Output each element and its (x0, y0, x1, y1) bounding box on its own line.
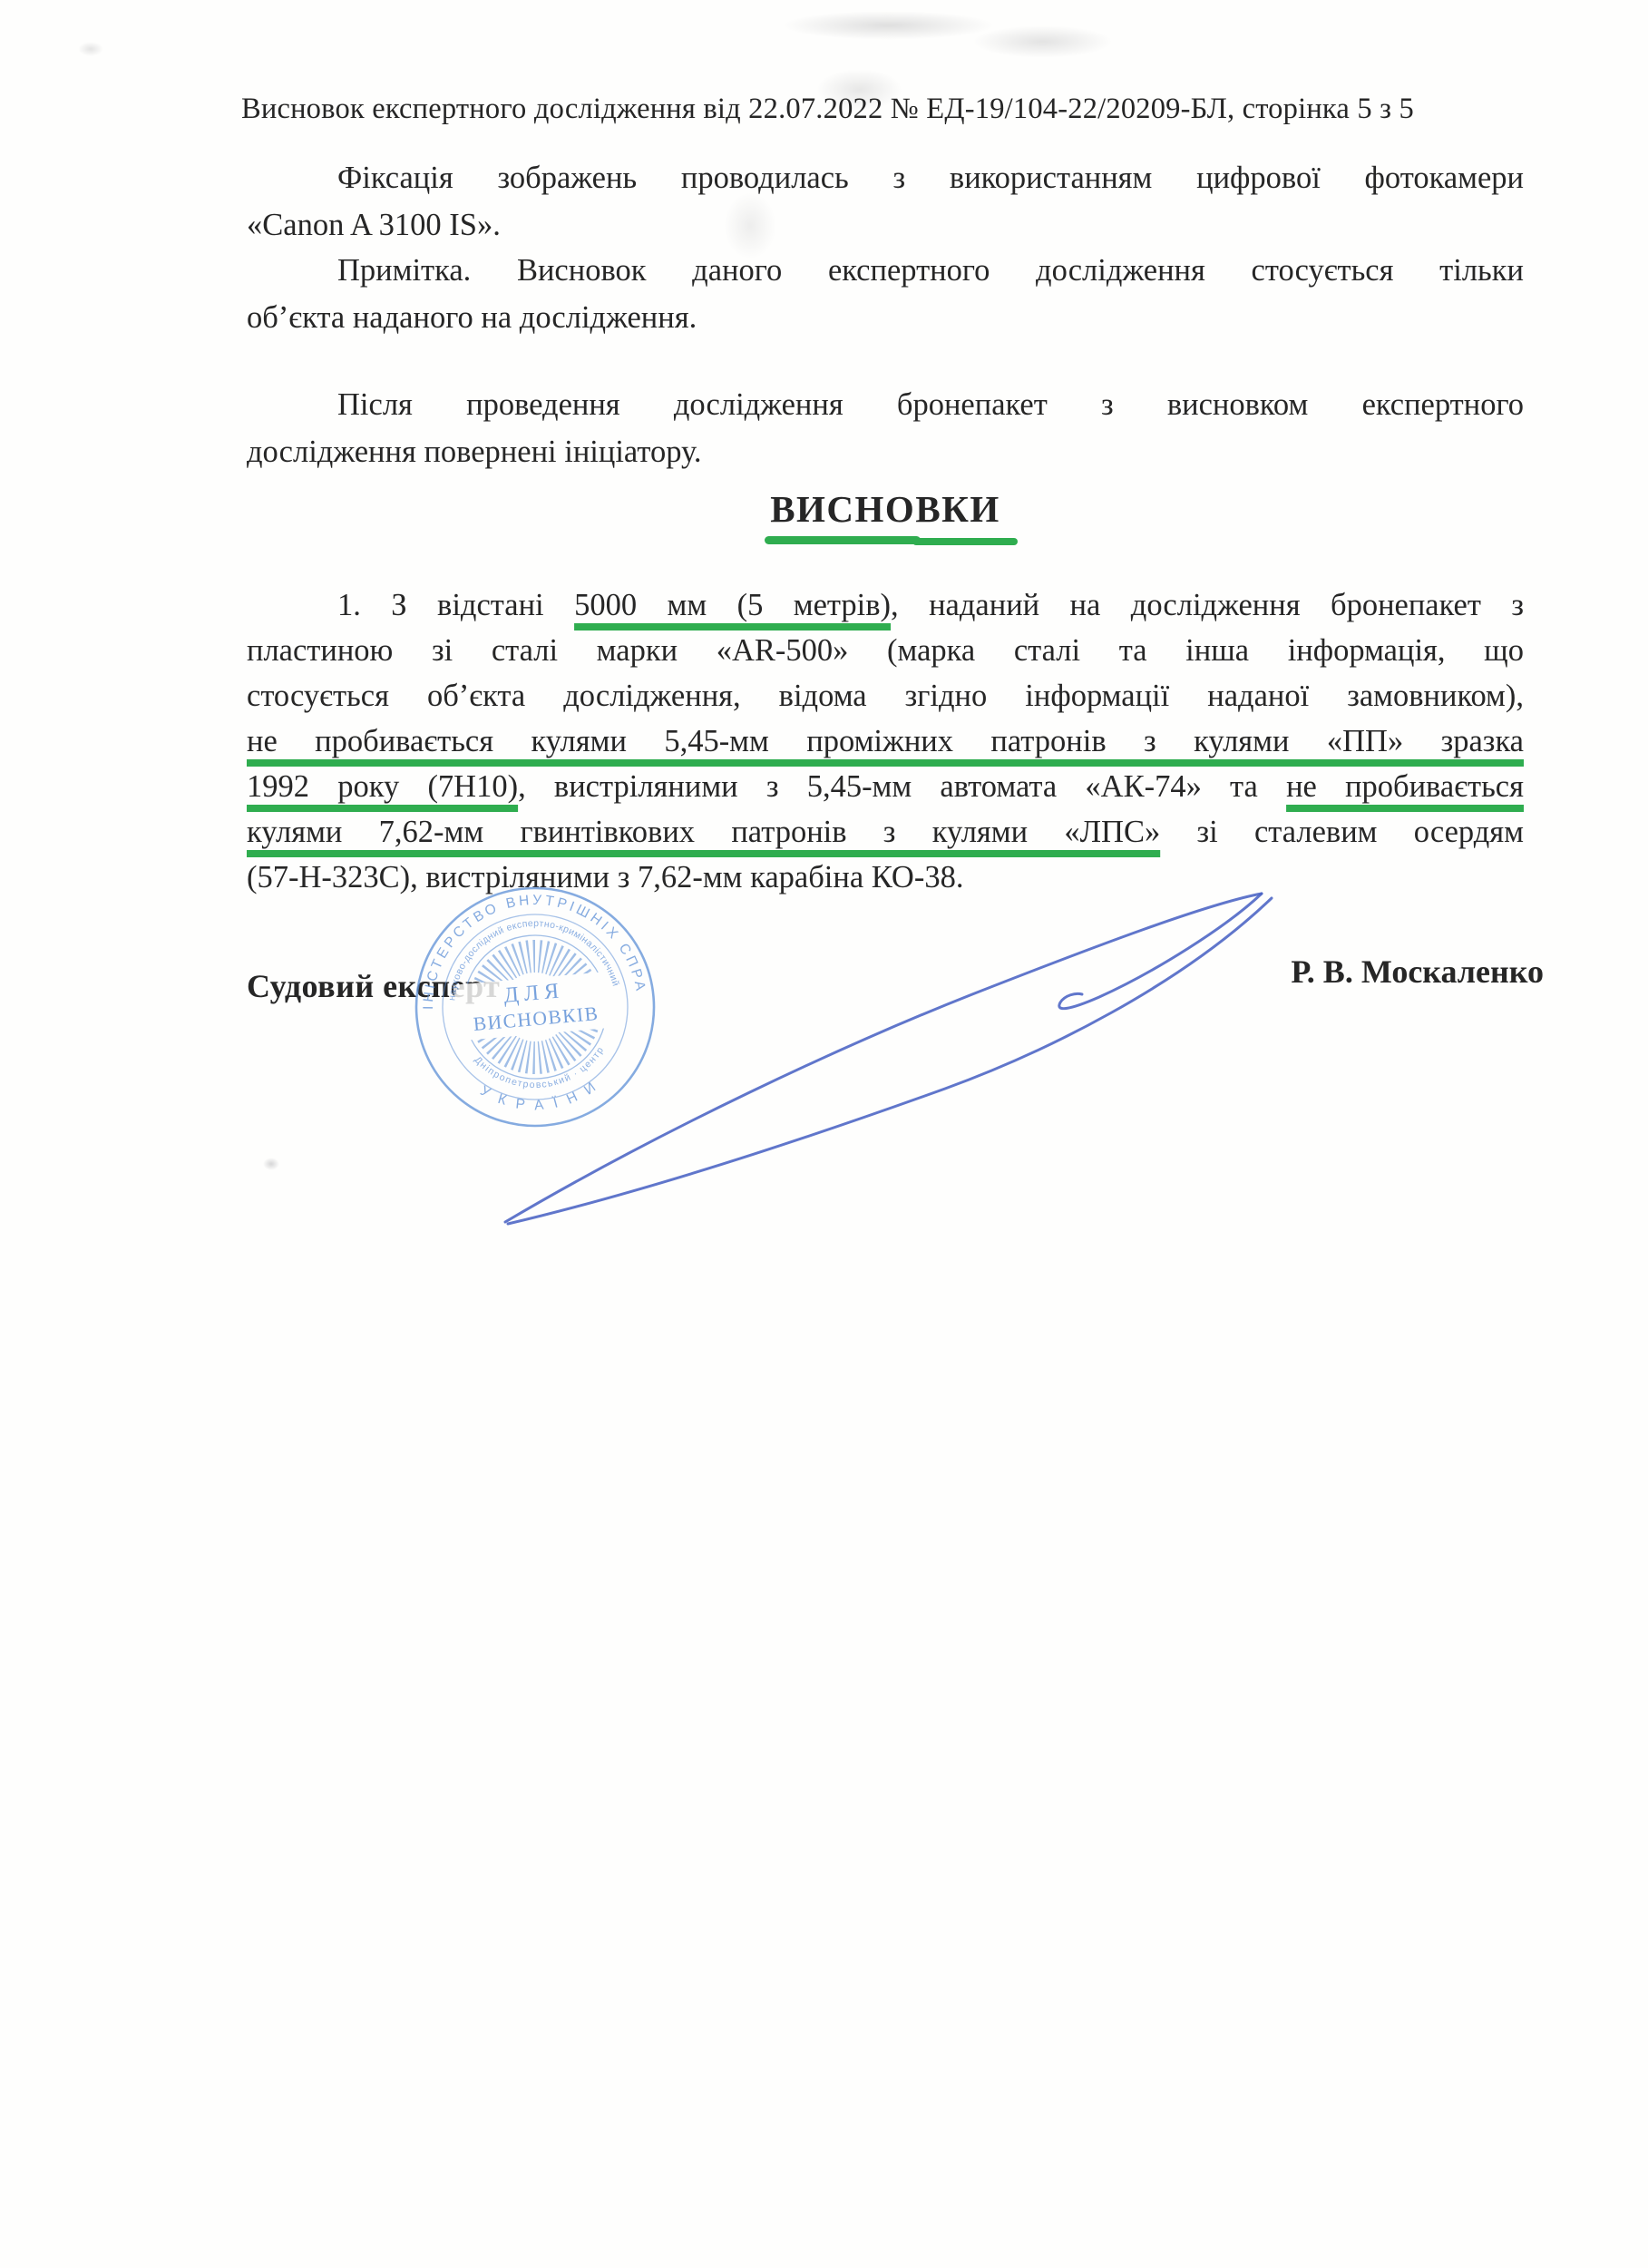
heading-marker-underline (912, 538, 1018, 545)
marker-underlined-text: 1992 року (7Н10) (247, 769, 518, 804)
document-page: Висновок експертного дослідження від 22.… (0, 0, 1648, 2268)
text-line: об’єкта наданого на дослідження. (247, 294, 1524, 341)
text-line: не пробивається кулями 5,45-мм проміжних… (247, 719, 1524, 764)
text-line: Після проведення дослідження бронепакет … (247, 381, 1524, 428)
text-line: Фіксація зображень проводилась з викорис… (247, 154, 1524, 201)
text-segment: «Canon A 3100 IS». (247, 208, 501, 242)
text-line: «Canon A 3100 IS». (247, 201, 1524, 249)
expert-name: Р. В. Москаленко (1170, 953, 1544, 991)
paragraph-return: Після проведення дослідження бронепакет … (247, 381, 1524, 475)
text-segment: стосується об’єкта дослідження, відома з… (247, 679, 1524, 713)
text-segment: об’єкта наданого на дослідження. (247, 300, 697, 335)
scan-smudge (782, 11, 995, 40)
text-line: 1. З відстані 5000 мм (5 метрів), надани… (247, 582, 1524, 628)
text-segment: пластиною зі сталі марки «AR-500» (марка… (247, 633, 1524, 668)
text-segment: дослідження повернені ініціатору. (247, 435, 701, 469)
text-line: 1992 року (7Н10), вистріляними з 5,45-мм… (247, 764, 1524, 809)
text-segment: , вистріляними з 5,45-мм автомата «АК-74… (518, 769, 1286, 804)
section-heading-conclusions: ВИСНОВКИ (247, 486, 1524, 532)
text-segment: Примітка. Висновок даного експертного до… (337, 253, 1524, 288)
text-segment: , наданий на дослідження бронепакет з (891, 588, 1524, 622)
text-line: дослідження повернені ініціатору. (247, 428, 1524, 475)
paragraph-note: Примітка. Висновок даного експертного до… (247, 247, 1524, 341)
official-round-stamp-icon: МІНІСТЕРСТВО ВНУТРІШНІХ СПРАВ УКРАЇНИ на… (406, 878, 664, 1136)
marker-underlined-text: 5000 мм (5 метрів) (574, 588, 891, 622)
text-segment: Після проведення дослідження бронепакет … (337, 387, 1524, 422)
marker-underlined-text: не пробивається (1286, 769, 1524, 804)
text-segment: Фіксація зображень проводилась з викорис… (337, 161, 1524, 195)
heading-marker-underline (765, 536, 921, 544)
text-line: кулями 7,62-мм гвинтівкових патронів з к… (247, 809, 1524, 855)
scan-smudge (78, 42, 103, 56)
marker-underlined-text: не пробивається кулями 5,45-мм проміжних… (247, 724, 1524, 758)
text-segment: 1. З відстані (337, 588, 574, 622)
scan-smudge (972, 25, 1113, 58)
paragraph-fixation: Фіксація зображень проводилась з викорис… (247, 154, 1524, 249)
marker-underlined-text: кулями 7,62-мм гвинтівкових патронів з к… (247, 815, 1160, 849)
text-line: стосується об’єкта дослідження, відома з… (247, 673, 1524, 719)
paragraph-conclusion: 1. З відстані 5000 мм (5 метрів), надани… (247, 582, 1524, 900)
text-line: Примітка. Висновок даного експертного до… (247, 247, 1524, 294)
page-header: Висновок експертного дослідження від 22.… (241, 91, 1520, 127)
text-line: пластиною зі сталі марки «AR-500» (марка… (247, 628, 1524, 673)
text-segment: зі сталевим осердям (1160, 815, 1524, 849)
scan-smudge (263, 1158, 279, 1170)
